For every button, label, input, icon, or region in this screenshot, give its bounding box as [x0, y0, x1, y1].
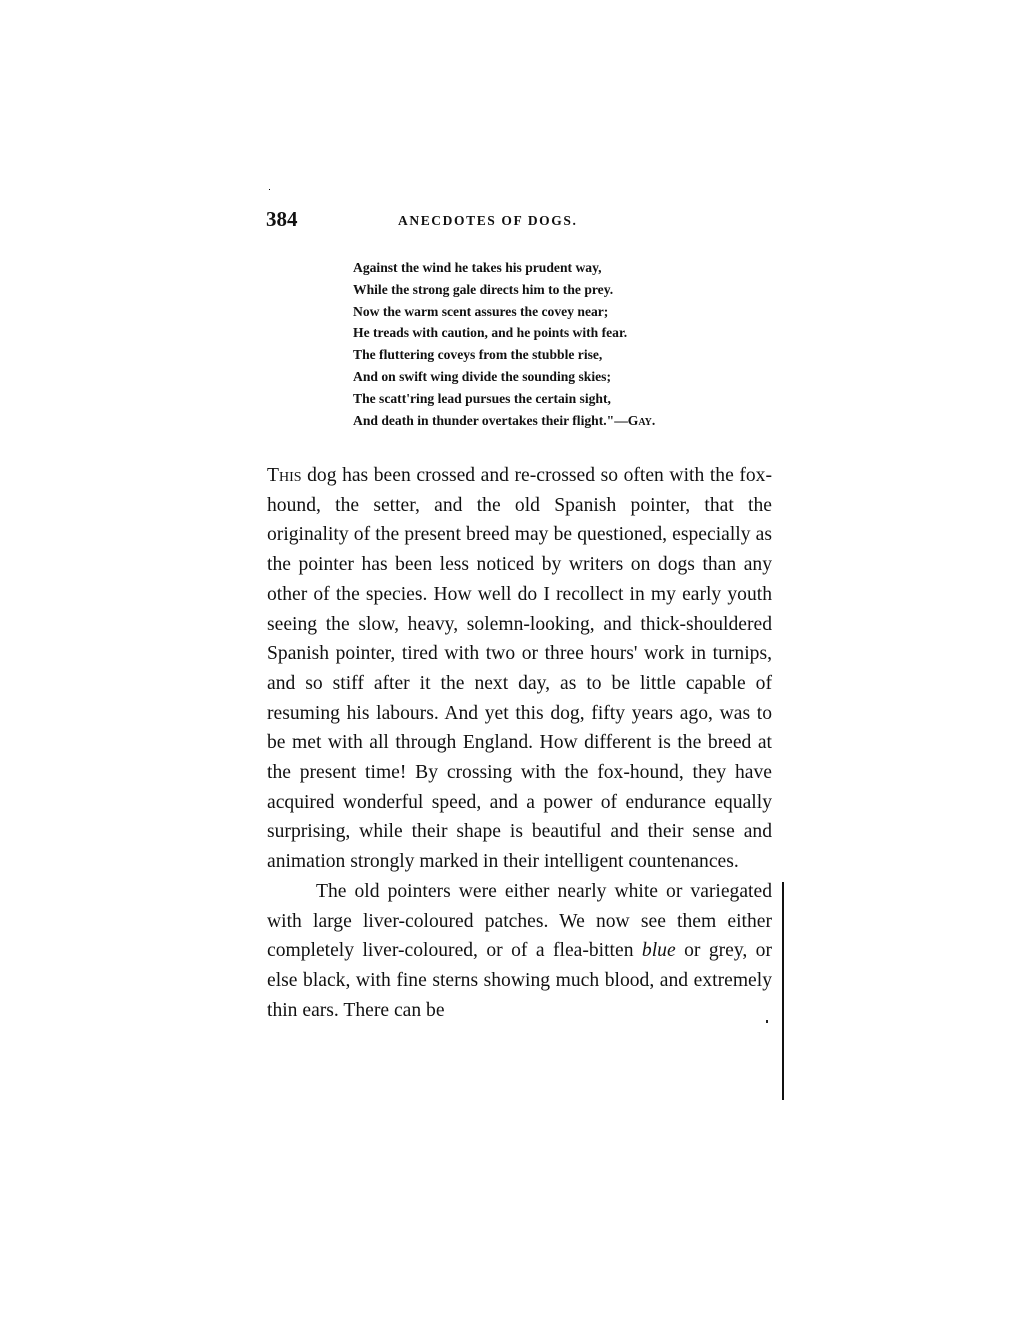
- verse-attribution: Gay.: [628, 413, 656, 428]
- scan-speck: [269, 189, 270, 190]
- running-title: ANECDOTES OF DOGS.: [398, 213, 577, 229]
- verse-line: The scatt'ring lead pursues the certain …: [353, 388, 773, 410]
- book-page: 384 ANECDOTES OF DOGS. Against the wind …: [0, 0, 1033, 1339]
- verse-line: Now the warm scent assures the covey nea…: [353, 301, 773, 323]
- verse-line-text: And death in thunder overtakes their fli…: [353, 413, 628, 428]
- paragraph: This dog has been crossed and re-crossed…: [267, 461, 772, 877]
- paragraph: The old pointers were either nearly whit…: [267, 877, 772, 1026]
- verse-line: And on swift wing divide the sounding sk…: [353, 366, 773, 388]
- paragraph-text: dog has been crossed and re-crossed so o…: [267, 465, 772, 872]
- body-text: This dog has been crossed and re-crossed…: [267, 461, 772, 1025]
- margin-scan-line: [782, 882, 784, 1100]
- verse-line-last: And death in thunder overtakes their fli…: [353, 410, 773, 432]
- page-number: 384: [266, 207, 298, 232]
- verse-line: Against the wind he takes his prudent wa…: [353, 257, 773, 279]
- verse-quotation: Against the wind he takes his prudent wa…: [353, 257, 773, 431]
- paragraph-lead-word: This: [267, 465, 302, 486]
- page-header: 384 ANECDOTES OF DOGS.: [266, 207, 776, 233]
- italic-word: blue: [642, 940, 676, 961]
- verse-line: The fluttering coveys from the stubble r…: [353, 344, 773, 366]
- verse-line: He treads with caution, and he points wi…: [353, 322, 773, 344]
- verse-line: While the strong gale directs him to the…: [353, 279, 773, 301]
- margin-scan-mark: [766, 1020, 768, 1023]
